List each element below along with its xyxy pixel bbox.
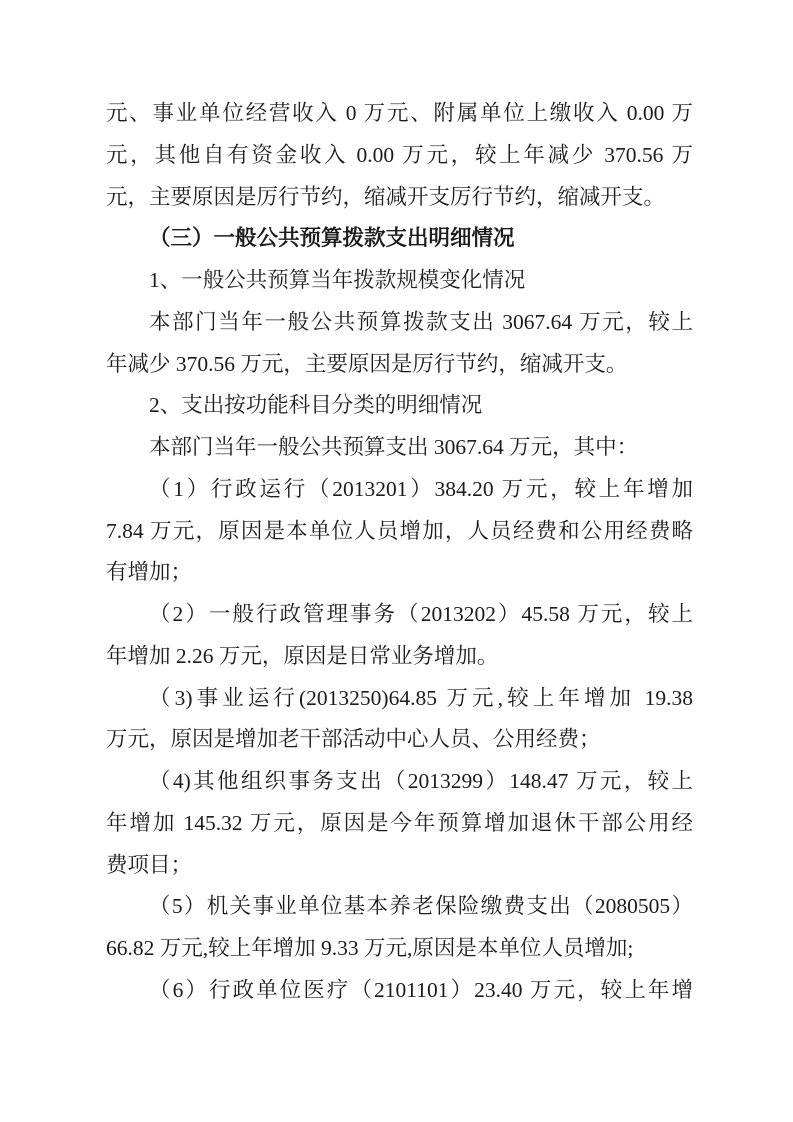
text-line: 本部门当年一般公共预算支出 3067.64 万元，其中： (106, 427, 693, 469)
text-line: （4)其他组织事务支出（2013299）148.47 万元，较上 (106, 761, 693, 803)
text-line: （1）行政运行（2013201）384.20 万元，较上年增加 (106, 469, 693, 511)
text-line: 年增加 145.32 万元，原因是今年预算增加退休干部公用经 (106, 803, 693, 845)
text-line: 年减少 370.56 万元，主要原因是厉行节约，缩减开支。 (106, 344, 693, 386)
text-line: 费项目； (106, 845, 693, 887)
text-line: 有增加； (106, 552, 693, 594)
text-line: 万元，原因是增加老干部活动中心人员、公用经费； (106, 719, 693, 761)
text-line: 元，主要原因是厉行节约，缩减开支厉行节约，缩减开支。 (106, 177, 693, 219)
text-line: 元，其他自有资金收入 0.00 万元，较上年减少 370.56 万 (106, 135, 693, 177)
text-line: 66.82 万元,较上年增加 9.33 万元,原因是本单位人员增加; (106, 928, 693, 970)
text-line: 元、事业单位经营收入 0 万元、附属单位上缴收入 0.00 万 (106, 93, 693, 135)
text-line: （6）行政单位医疗（2101101）23.40 万元，较上年增 (106, 970, 693, 1012)
text-line: 本部门当年一般公共预算拨款支出 3067.64 万元，较上 (106, 302, 693, 344)
document-body: 元、事业单位经营收入 0 万元、附属单位上缴收入 0.00 万元，其他自有资金收… (106, 93, 693, 1012)
text-line: （5）机关事业单位基本养老保险缴费支出（2080505） (106, 886, 693, 928)
text-line: （2）一般行政管理事务（2013202）45.58 万元，较上 (106, 594, 693, 636)
text-line: 年增加 2.26 万元，原因是日常业务增加。 (106, 636, 693, 678)
text-line: （3)事业运行(2013250)64.85 万元,较上年增加 19.38 (106, 678, 693, 720)
section-heading: （三）一般公共预算拨款支出明细情况 (106, 218, 693, 260)
text-line: 7.84 万元，原因是本单位人员增加，人员经费和公用经费略 (106, 511, 693, 553)
text-line: 2、支出按功能科目分类的明细情况 (106, 385, 693, 427)
document-page: 元、事业单位经营收入 0 万元、附属单位上缴收入 0.00 万元，其他自有资金收… (0, 0, 793, 1122)
text-line: 1、一般公共预算当年拨款规模变化情况 (106, 260, 693, 302)
